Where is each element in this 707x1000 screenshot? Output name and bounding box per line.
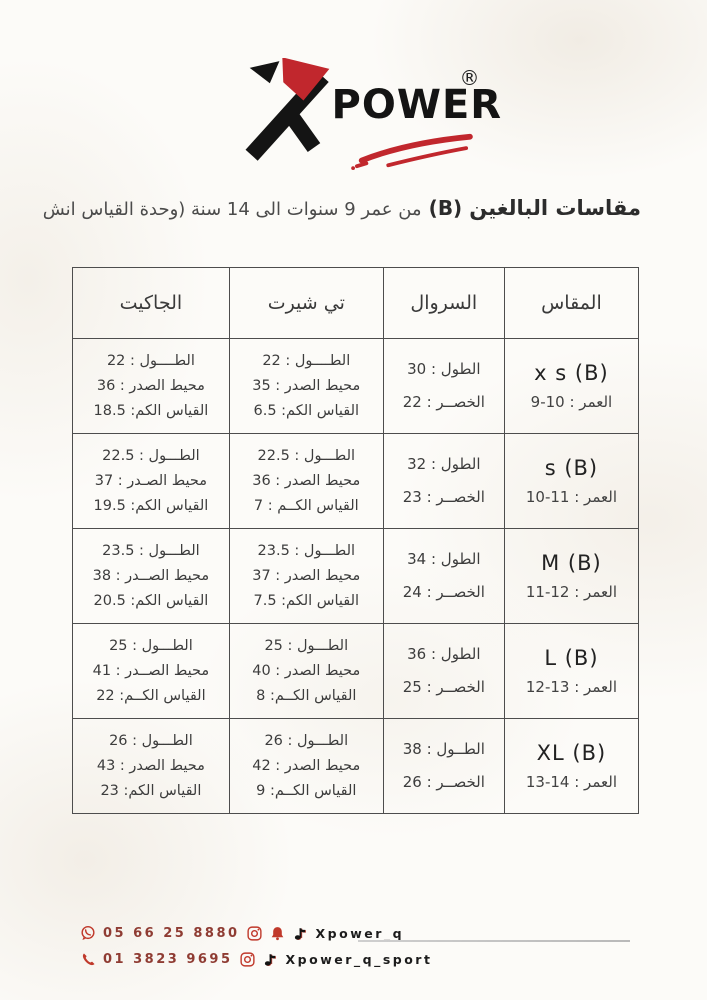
instagram-icon bbox=[247, 925, 263, 941]
measurement-line: الطـــول : 22.5 bbox=[75, 444, 227, 469]
measurement-line: الخصــر : 25 bbox=[386, 671, 502, 704]
measurement-line: الطـــول : 23.5 bbox=[75, 539, 227, 564]
measurement-line: محيط الصــدر : 41 bbox=[75, 659, 227, 684]
measurement-line: الطــول : 38 bbox=[386, 733, 502, 766]
page-title: مقاسات البالغين (B) من عمر 9 سنوات الى 1… bbox=[0, 196, 707, 220]
measurement-line: الطــــول : 22 bbox=[232, 349, 381, 374]
measurement-line: الطول : 30 bbox=[386, 353, 502, 386]
phone-icon bbox=[80, 951, 96, 967]
age-range: العمر : 14-13 bbox=[507, 773, 636, 791]
size-cell: s (B)العمر : 11-10 bbox=[504, 434, 638, 529]
tiktok-icon bbox=[263, 951, 279, 967]
measurement-line: القياس الكم: 7.5 bbox=[232, 589, 381, 614]
measurement-line: القياس الكم: 6.5 bbox=[232, 399, 381, 424]
table-row: x s (B)العمر : 10-9الطول : 30الخصــر : 2… bbox=[73, 339, 639, 434]
pants-cell: الطول : 32الخصــر : 23 bbox=[383, 434, 504, 529]
footer-divider-line bbox=[358, 940, 630, 942]
size-cell: M (B)العمر : 12-11 bbox=[504, 529, 638, 624]
measurement-line: محيط الصدر : 40 bbox=[232, 659, 381, 684]
header-pants: السروال bbox=[383, 268, 504, 339]
age-range: العمر : 12-11 bbox=[507, 583, 636, 601]
measurement-line: الطـــول : 25 bbox=[232, 634, 381, 659]
pants-cell: الطول : 36الخصــر : 25 bbox=[383, 624, 504, 719]
measurement-line: الطول : 32 bbox=[386, 448, 502, 481]
tshirt-cell: الطـــول : 22.5محيط الصدر : 36القياس الك… bbox=[229, 434, 383, 529]
whatsapp-number: 05 66 25 8880 bbox=[103, 926, 240, 941]
table-row: s (B)العمر : 11-10الطول : 32الخصــر : 23… bbox=[73, 434, 639, 529]
jacket-cell: الطــــول : 22محيط الصدر : 36القياس الكم… bbox=[73, 339, 230, 434]
measurement-line: الطـــول : 26 bbox=[75, 729, 227, 754]
measurement-line: الخصــر : 22 bbox=[386, 386, 502, 419]
pants-cell: الطول : 34الخصــر : 24 bbox=[383, 529, 504, 624]
jacket-cell: الطـــول : 22.5محيط الصـدر : 37القياس ال… bbox=[73, 434, 230, 529]
measurement-line: القياس الكــم: 22 bbox=[75, 684, 227, 709]
tshirt-cell: الطـــول : 23.5محيط الصدر : 37القياس الك… bbox=[229, 529, 383, 624]
measurement-line: القياس الكــم: 8 bbox=[232, 684, 381, 709]
tshirt-cell: الطــــول : 22محيط الصدر : 35القياس الكم… bbox=[229, 339, 383, 434]
measurement-line: الطـــول : 25 bbox=[75, 634, 227, 659]
measurement-line: محيط الصـدر : 37 bbox=[75, 469, 227, 494]
title-rest-text: من عمر 9 سنوات الى 14 سنة (وحدة القياس ا… bbox=[43, 199, 422, 220]
measurement-line: الطول : 36 bbox=[386, 638, 502, 671]
measurement-line: محيط الصدر : 37 bbox=[232, 564, 381, 589]
jacket-cell: الطـــول : 25محيط الصــدر : 41القياس الك… bbox=[73, 624, 230, 719]
size-table-body: x s (B)العمر : 10-9الطول : 30الخصــر : 2… bbox=[73, 339, 639, 814]
measurement-line: الطـــول : 23.5 bbox=[232, 539, 381, 564]
bell-icon bbox=[270, 925, 286, 941]
size-cell: x s (B)العمر : 10-9 bbox=[504, 339, 638, 434]
title-bold-text: مقاسات البالغين bbox=[469, 196, 641, 220]
tshirt-cell: الطـــول : 26محيط الصدر : 42القياس الكــ… bbox=[229, 719, 383, 814]
size-label: M (B) bbox=[507, 551, 636, 575]
age-range: العمر : 10-9 bbox=[507, 393, 636, 411]
social-handle-2: Xpower_q_sport bbox=[286, 952, 433, 967]
measurement-line: الطـــول : 26 bbox=[232, 729, 381, 754]
measurement-line: الطــــول : 22 bbox=[75, 349, 227, 374]
jacket-cell: الطـــول : 26محيط الصدر : 43القياس الكم:… bbox=[73, 719, 230, 814]
measurement-line: القياس الكم: 18.5 bbox=[75, 399, 227, 424]
contact-line-2: 01 3823 9695 Xpower_q_sport bbox=[80, 948, 432, 970]
pants-cell: الطول : 30الخصــر : 22 bbox=[383, 339, 504, 434]
measurement-line: محيط الصدر : 43 bbox=[75, 754, 227, 779]
table-row: M (B)العمر : 12-11الطول : 34الخصــر : 24… bbox=[73, 529, 639, 624]
social-handle-1: Xpower_q bbox=[316, 926, 405, 941]
contact-footer: 05 66 25 8880 bbox=[80, 922, 432, 974]
whatsapp-icon bbox=[80, 925, 96, 941]
measurement-line: محيط الصدر : 35 bbox=[232, 374, 381, 399]
size-chart-table: المقاس السروال تي شيرت الجاكيت x s (B)ال… bbox=[72, 267, 639, 814]
measurement-line: محيط الصــدر : 38 bbox=[75, 564, 227, 589]
measurement-line: القياس الكم: 19.5 bbox=[75, 494, 227, 519]
measurement-line: الخصــر : 26 bbox=[386, 766, 502, 799]
flyer-page: { "colors": { "brand_red": "#c1272d", "l… bbox=[0, 0, 707, 1000]
phone-number: 01 3823 9695 bbox=[103, 952, 233, 967]
title-size-tag: (B) bbox=[429, 196, 463, 220]
measurement-line: الخصــر : 23 bbox=[386, 481, 502, 514]
age-range: العمر : 13-12 bbox=[507, 678, 636, 696]
measurement-line: القياس الكــم : 7 bbox=[232, 494, 381, 519]
size-label: x s (B) bbox=[507, 361, 636, 385]
header-size: المقاس bbox=[504, 268, 638, 339]
jacket-cell: الطـــول : 23.5محيط الصــدر : 38القياس ا… bbox=[73, 529, 230, 624]
pants-cell: الطــول : 38الخصــر : 26 bbox=[383, 719, 504, 814]
measurement-line: محيط الصدر : 42 bbox=[232, 754, 381, 779]
brand-logo: POWER ® bbox=[248, 56, 488, 171]
age-range: العمر : 11-10 bbox=[507, 488, 636, 506]
size-cell: XL (B)العمر : 14-13 bbox=[504, 719, 638, 814]
size-label: L (B) bbox=[507, 646, 636, 670]
table-row: L (B)العمر : 13-12الطول : 36الخصــر : 25… bbox=[73, 624, 639, 719]
size-cell: L (B)العمر : 13-12 bbox=[504, 624, 638, 719]
measurement-line: الطول : 34 bbox=[386, 543, 502, 576]
measurement-line: القياس الكم: 23 bbox=[75, 779, 227, 804]
x-logo-icon bbox=[242, 58, 338, 168]
signature-swoosh-icon bbox=[348, 132, 476, 170]
size-label: s (B) bbox=[507, 456, 636, 480]
header-jacket: الجاكيت bbox=[73, 268, 230, 339]
header-row: المقاس السروال تي شيرت الجاكيت bbox=[73, 268, 639, 339]
instagram-icon bbox=[240, 951, 256, 967]
measurement-line: القياس الكــم: 9 bbox=[232, 779, 381, 804]
measurement-line: الطـــول : 22.5 bbox=[232, 444, 381, 469]
tshirt-cell: الطـــول : 25محيط الصدر : 40القياس الكــ… bbox=[229, 624, 383, 719]
table-row: XL (B)العمر : 14-13الطــول : 38الخصــر :… bbox=[73, 719, 639, 814]
registered-trademark: ® bbox=[460, 66, 480, 90]
measurement-line: القياس الكم: 20.5 bbox=[75, 589, 227, 614]
measurement-line: محيط الصدر : 36 bbox=[232, 469, 381, 494]
measurement-line: محيط الصدر : 36 bbox=[75, 374, 227, 399]
size-label: XL (B) bbox=[507, 741, 636, 765]
header-tshirt: تي شيرت bbox=[229, 268, 383, 339]
measurement-line: الخصــر : 24 bbox=[386, 576, 502, 609]
tiktok-icon bbox=[293, 925, 309, 941]
